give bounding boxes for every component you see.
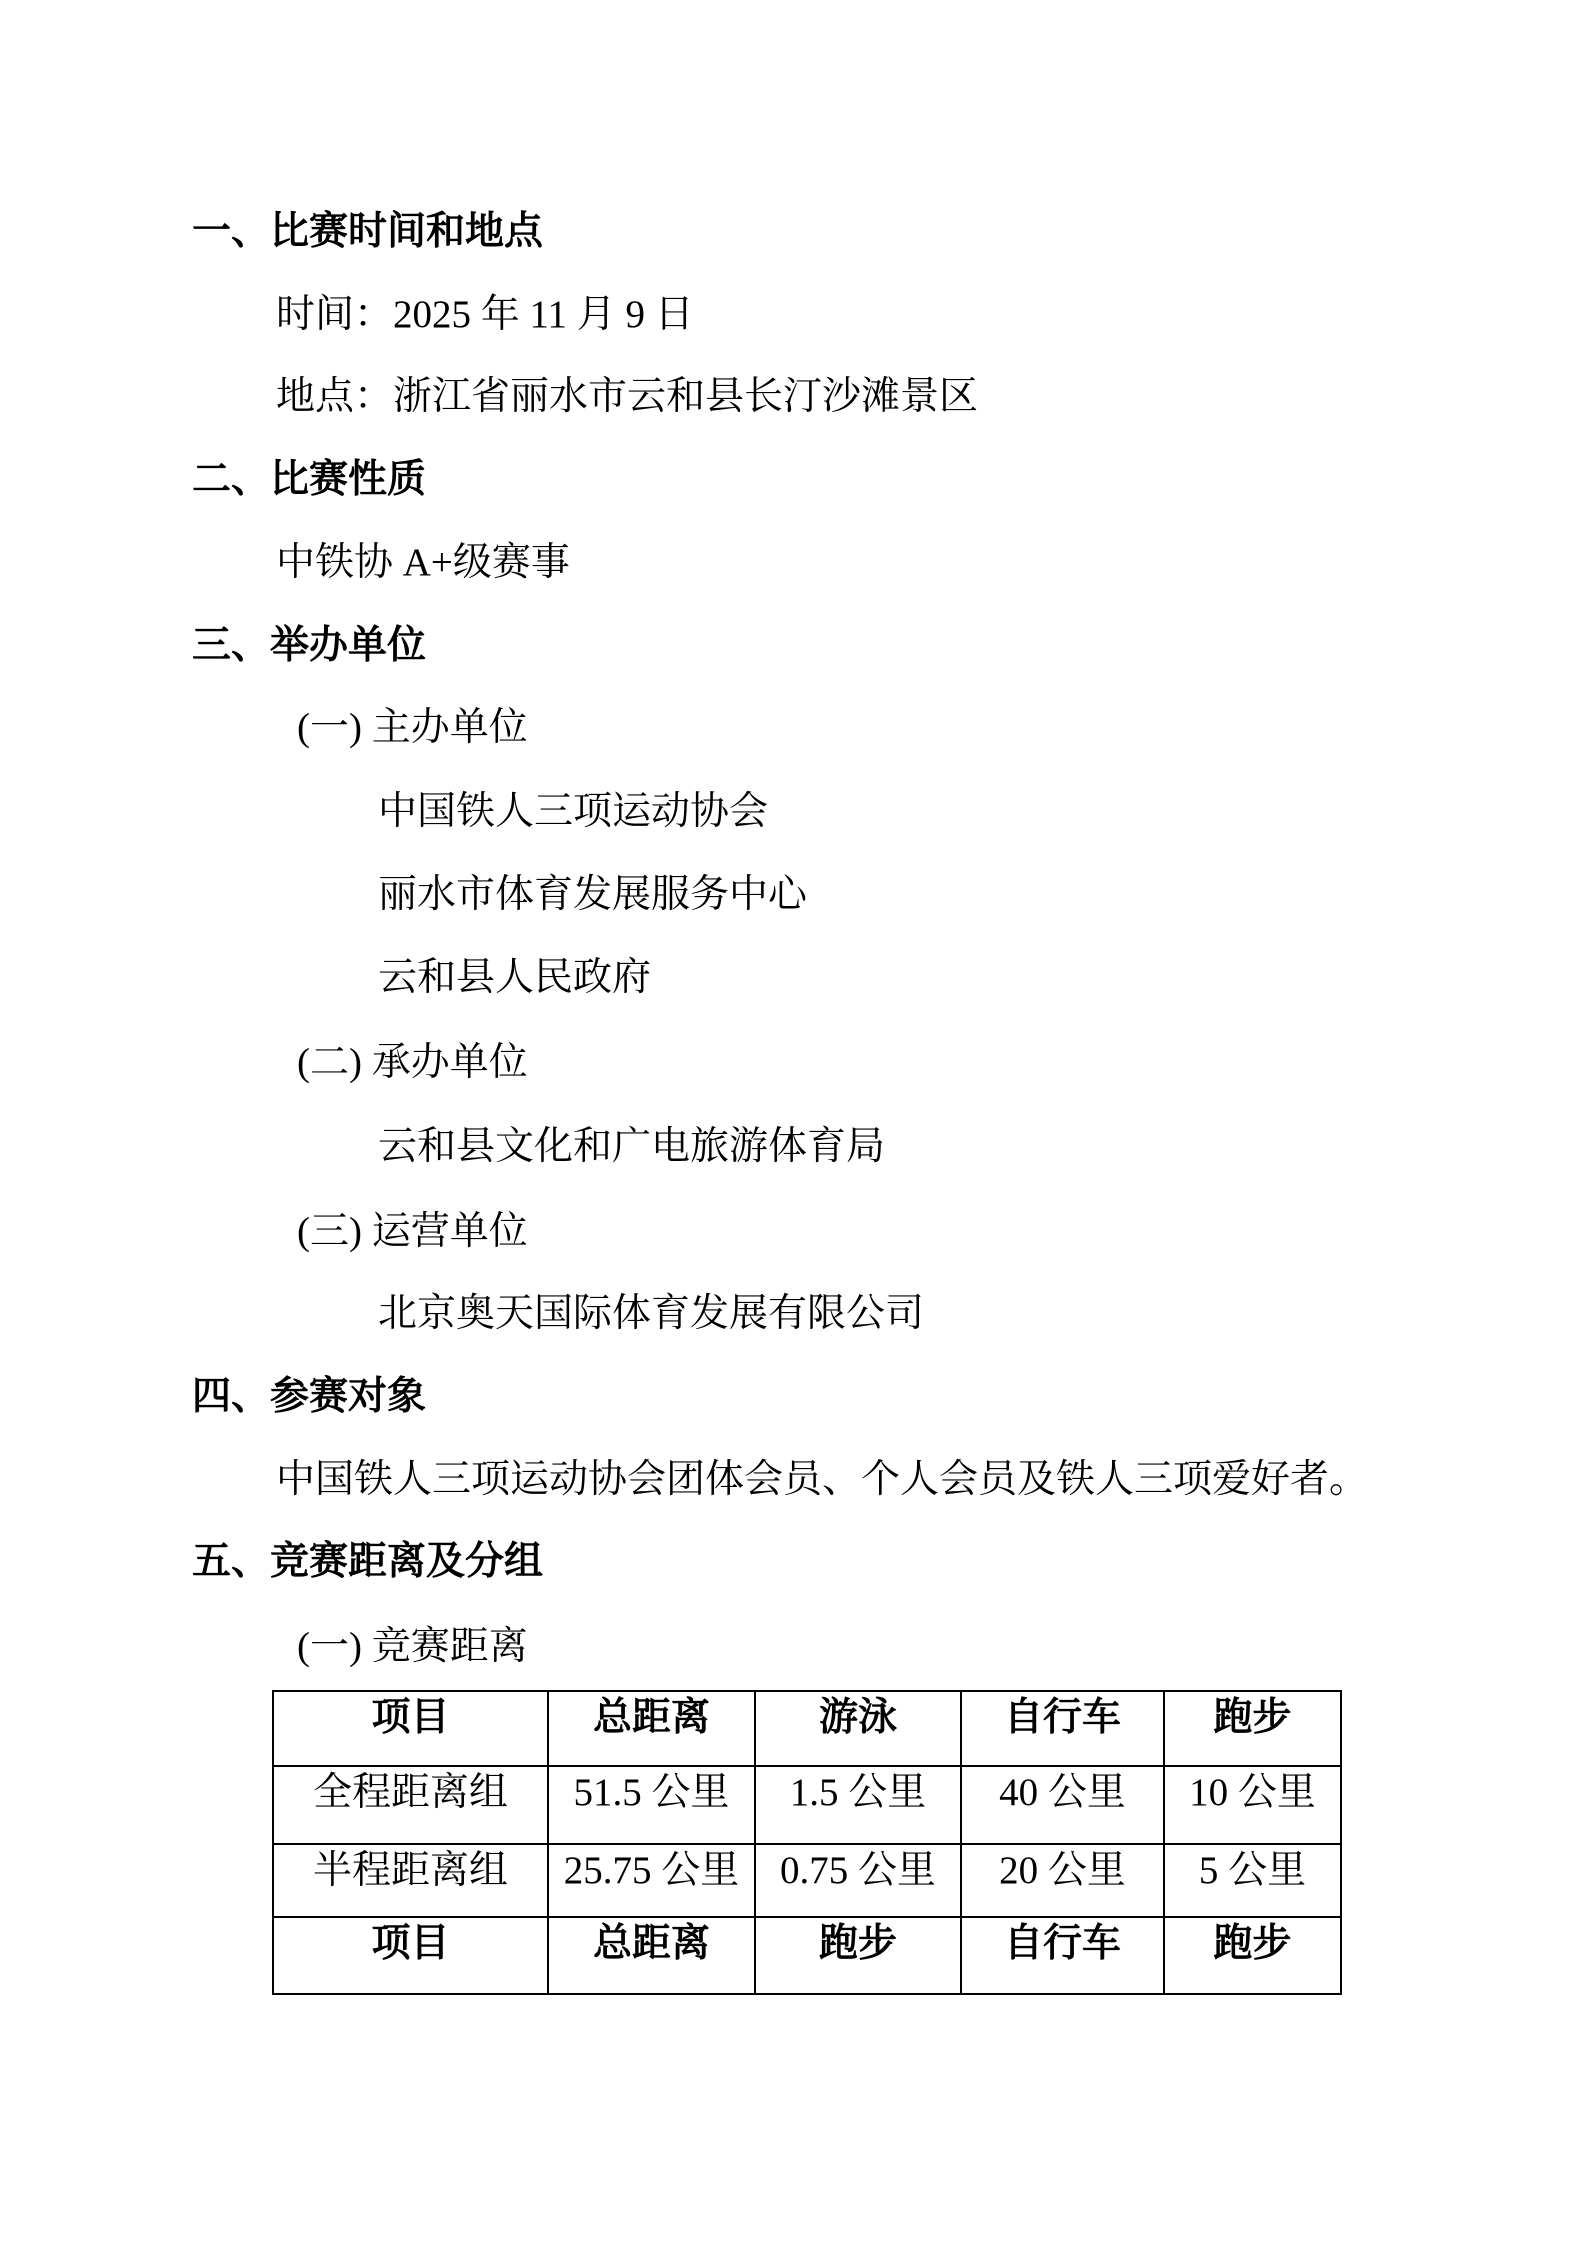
- table-cell: 跑步: [1164, 1691, 1341, 1766]
- table-cell: 自行车: [961, 1691, 1164, 1766]
- table-cell: 10 公里: [1164, 1766, 1341, 1844]
- document-page: 一、比赛时间和地点 时间：2025 年 11 月 9 日 地点：浙江省丽水市云和…: [0, 0, 1587, 2245]
- organizer-subheading: (二) 承办单位: [297, 1042, 528, 1085]
- table-cell: 自行车: [961, 1917, 1164, 1994]
- table-cell: 游泳: [755, 1691, 961, 1766]
- event-location-line: 地点：浙江省丽水市云和县长汀沙滩景区: [276, 376, 978, 419]
- table-cell: 40 公里: [961, 1766, 1164, 1844]
- table-cell: 总距离: [548, 1691, 755, 1766]
- section-1-heading: 一、比赛时间和地点: [192, 211, 543, 254]
- table-cell: 1.5 公里: [755, 1766, 961, 1844]
- table-cell: 项目: [273, 1917, 548, 1994]
- section-3-heading: 三、举办单位: [192, 625, 426, 668]
- table-cell: 跑步: [755, 1917, 961, 1994]
- distance-subheading: (一) 竞赛距离: [297, 1626, 528, 1669]
- section-4-heading: 四、参赛对象: [192, 1376, 426, 1419]
- table-row-half-distance: 半程距离组 25.75 公里 0.75 公里 20 公里 5 公里: [273, 1844, 1341, 1917]
- organizer-org: 云和县文化和广电旅游体育局: [378, 1126, 885, 1169]
- host-org-2: 丽水市体育发展服务中心: [378, 874, 807, 917]
- table-cell: 5 公里: [1164, 1844, 1341, 1917]
- table-cell: 20 公里: [961, 1844, 1164, 1917]
- section-2-heading: 二、比赛性质: [192, 459, 426, 502]
- table-cell: 跑步: [1164, 1917, 1341, 1994]
- operator-org: 北京奥天国际体育发展有限公司: [378, 1293, 924, 1336]
- table-cell: 总距离: [548, 1917, 755, 1994]
- event-grade-line: 中铁协 A+级赛事: [276, 542, 570, 585]
- host-org-3: 云和县人民政府: [378, 957, 651, 1000]
- participants-line: 中国铁人三项运动协会团体会员、个人会员及铁人三项爱好者。: [276, 1459, 1368, 1502]
- host-unit-subheading: (一) 主办单位: [297, 707, 528, 750]
- table-cell: 51.5 公里: [548, 1766, 755, 1844]
- table-cell: 项目: [273, 1691, 548, 1766]
- table-cell: 全程距离组: [273, 1766, 548, 1844]
- table-header-row-2: 项目 总距离 跑步 自行车 跑步: [273, 1917, 1341, 1994]
- table-header-row: 项目 总距离 游泳 自行车 跑步: [273, 1691, 1341, 1766]
- host-org-1: 中国铁人三项运动协会: [378, 791, 768, 834]
- distance-table: 项目 总距离 游泳 自行车 跑步 全程距离组 51.5 公里 1.5 公里 40…: [272, 1690, 1342, 1995]
- table-cell: 半程距离组: [273, 1844, 548, 1917]
- table-cell: 0.75 公里: [755, 1844, 961, 1917]
- table-cell: 25.75 公里: [548, 1844, 755, 1917]
- table-row-full-distance: 全程距离组 51.5 公里 1.5 公里 40 公里 10 公里: [273, 1766, 1341, 1844]
- section-5-heading: 五、竞赛距离及分组: [192, 1541, 543, 1584]
- event-time-line: 时间：2025 年 11 月 9 日: [276, 294, 694, 337]
- operator-subheading: (三) 运营单位: [297, 1211, 528, 1254]
